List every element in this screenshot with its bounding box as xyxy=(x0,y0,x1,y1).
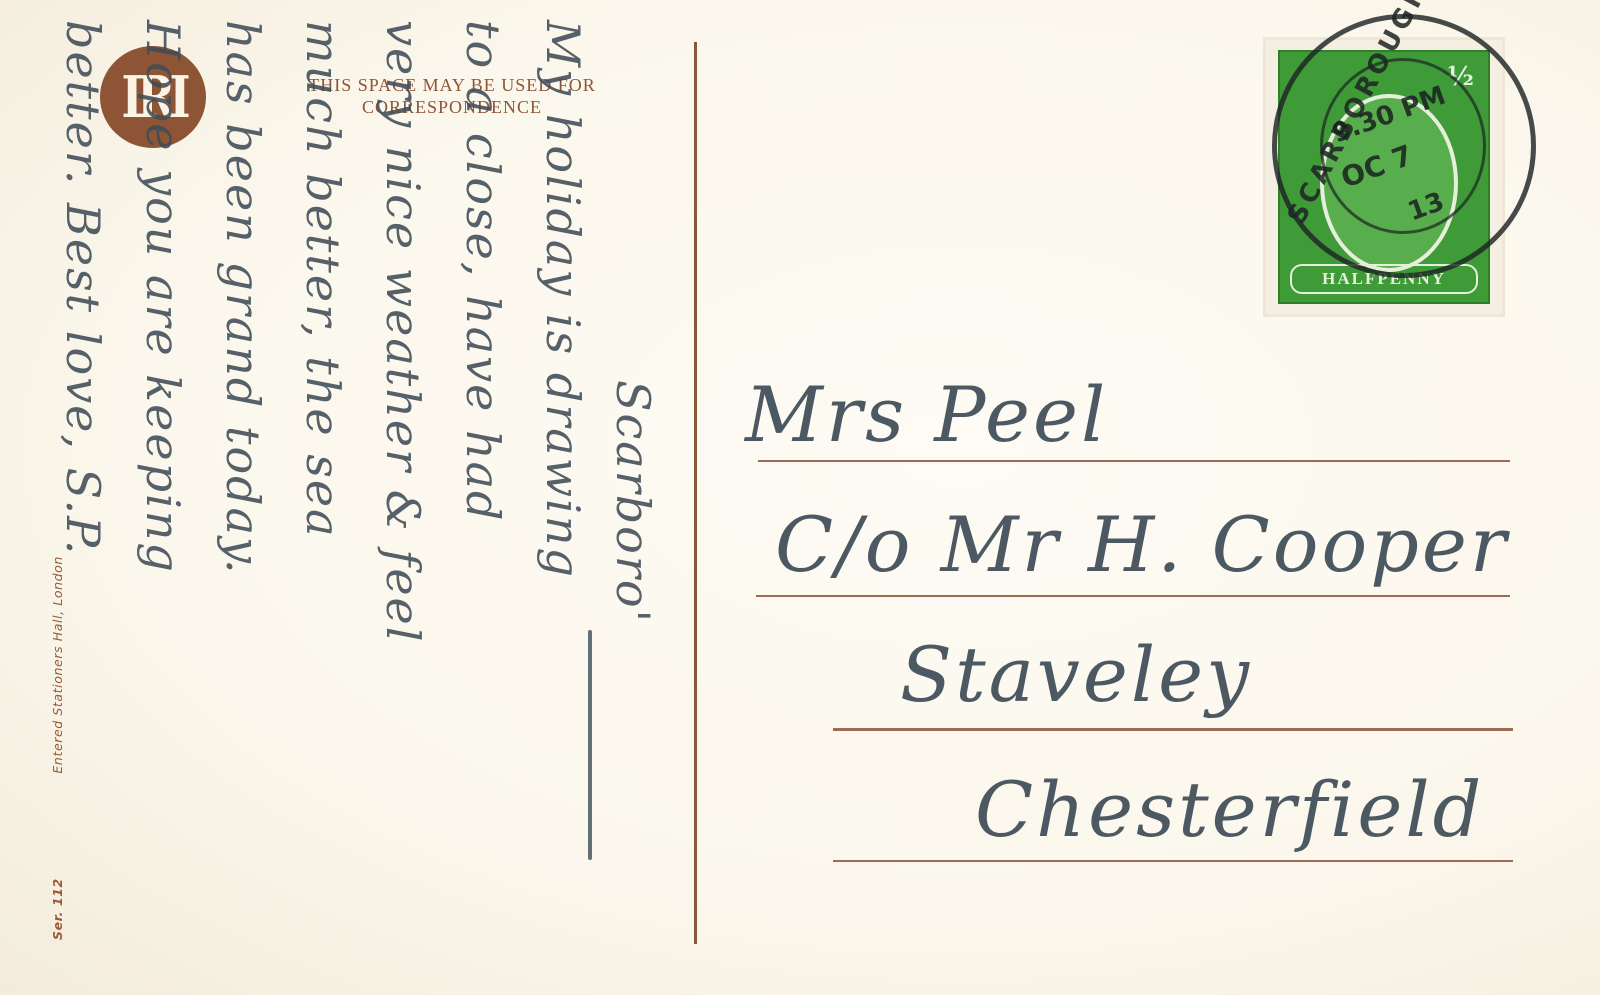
address-line-town: Staveley xyxy=(900,630,1252,719)
address-rule-1 xyxy=(758,460,1510,462)
address-line-name: Mrs Peel xyxy=(745,370,1108,459)
address-rule-2 xyxy=(756,595,1510,597)
message-line: My holiday is drawing xyxy=(536,20,590,579)
message-line: Hope you are keeping xyxy=(136,20,190,574)
handwritten-message: Scarboro' My holiday is drawing to a clo… xyxy=(0,0,700,980)
handwritten-underline xyxy=(588,630,592,860)
message-line: to a close, have had xyxy=(456,20,510,522)
postcard-back: IRI THIS SPACE MAY BE USED FOR CORRESPON… xyxy=(0,0,1600,995)
message-line: better. Best love, S.P. xyxy=(56,20,110,556)
message-line: has been grand today. xyxy=(216,20,270,576)
address-line-city: Chesterfield xyxy=(975,765,1484,854)
message-line: Scarboro' xyxy=(606,380,660,624)
message-line: much better, the sea xyxy=(296,20,350,539)
address-line-care-of: C/o Mr H. Cooper xyxy=(775,500,1509,589)
address-rule-4 xyxy=(833,860,1513,862)
message-line: very nice weather & feel xyxy=(376,20,430,643)
address-rule-3 xyxy=(833,728,1513,731)
